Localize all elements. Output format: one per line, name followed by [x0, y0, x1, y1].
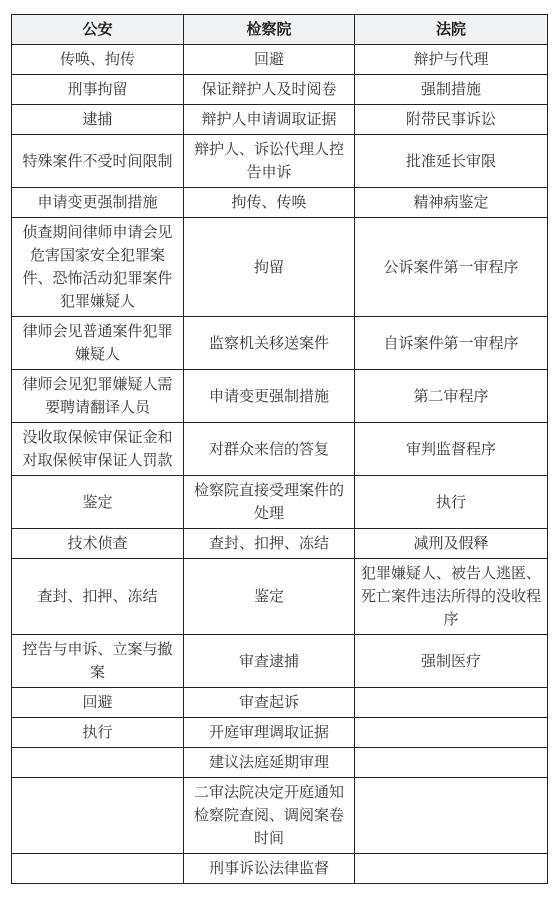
- table-cell: 强制医疗: [355, 635, 548, 688]
- table-cell: 刑事拘留: [12, 75, 184, 105]
- table-cell: 减刑及假释: [355, 529, 548, 559]
- table-row: 逮捕辩护人申请调取证据附带民事诉讼: [12, 105, 548, 135]
- table-cell: [355, 854, 548, 884]
- table-row: 没收取保候审保证金和对取保候审保证人罚款对群众来信的答复审判监督程序: [12, 423, 548, 476]
- table-cell: 查封、扣押、冻结: [12, 559, 184, 635]
- column-header-3: 法院: [355, 15, 548, 45]
- table-cell: 第二审程序: [355, 370, 548, 423]
- table-cell: [12, 778, 184, 854]
- table-cell: 鉴定: [12, 476, 184, 529]
- comparison-table: 公安检察院法院 传唤、拘传回避辩护与代理刑事拘留保证辩护人及时阅卷强制措施逮捕辩…: [11, 14, 548, 884]
- table-row: 律师会见普通案件犯罪嫌疑人监察机关移送案件自诉案件第一审程序: [12, 317, 548, 370]
- table-cell: 批准延长审限: [355, 135, 548, 188]
- table-cell: 检察院直接受理案件的处理: [184, 476, 355, 529]
- table-cell: [355, 748, 548, 778]
- table-cell: 监察机关移送案件: [184, 317, 355, 370]
- table-cell: 辩护人申请调取证据: [184, 105, 355, 135]
- table-cell: 传唤、拘传: [12, 45, 184, 75]
- table-cell: 没收取保候审保证金和对取保候审保证人罚款: [12, 423, 184, 476]
- table-row: 技术侦查查封、扣押、冻结减刑及假释: [12, 529, 548, 559]
- table-cell: 特殊案件不受时间限制: [12, 135, 184, 188]
- table-cell: 审判监督程序: [355, 423, 548, 476]
- table-cell: 开庭审理调取证据: [184, 718, 355, 748]
- table-cell: [12, 748, 184, 778]
- table-cell: [12, 854, 184, 884]
- table-row: 鉴定检察院直接受理案件的处理执行: [12, 476, 548, 529]
- table-cell: 犯罪嫌疑人、被告人逃匿、死亡案件违法所得的没收程序: [355, 559, 548, 635]
- table-cell: 执行: [355, 476, 548, 529]
- table-row: 执行开庭审理调取证据: [12, 718, 548, 748]
- table-cell: 回避: [184, 45, 355, 75]
- table-cell: 辩护人、诉讼代理人控告申诉: [184, 135, 355, 188]
- table-row: 律师会见犯罪嫌疑人需要聘请翻译人员申请变更强制措施第二审程序: [12, 370, 548, 423]
- table-cell: [355, 688, 548, 718]
- table-cell: 审查逮捕: [184, 635, 355, 688]
- column-header-2: 检察院: [184, 15, 355, 45]
- table-cell: 辩护与代理: [355, 45, 548, 75]
- table-cell: 执行: [12, 718, 184, 748]
- table-cell: 申请变更强制措施: [184, 370, 355, 423]
- table-cell: 控告与申诉、立案与撤案: [12, 635, 184, 688]
- table-row: 查封、扣押、冻结鉴定犯罪嫌疑人、被告人逃匿、死亡案件违法所得的没收程序: [12, 559, 548, 635]
- table-cell: 建议法庭延期审理: [184, 748, 355, 778]
- table-cell: 回避: [12, 688, 184, 718]
- table-row: 侦查期间律师申请会见危害国家安全犯罪案件、恐怖活动犯罪案件犯罪嫌疑人拘留公诉案件…: [12, 218, 548, 317]
- column-header-1: 公安: [12, 15, 184, 45]
- table-row: 回避审查起诉: [12, 688, 548, 718]
- table-row: 特殊案件不受时间限制辩护人、诉讼代理人控告申诉批准延长审限: [12, 135, 548, 188]
- table-cell: 精神病鉴定: [355, 188, 548, 218]
- table-cell: 查封、扣押、冻结: [184, 529, 355, 559]
- table-cell: 技术侦查: [12, 529, 184, 559]
- table-cell: 侦查期间律师申请会见危害国家安全犯罪案件、恐怖活动犯罪案件犯罪嫌疑人: [12, 218, 184, 317]
- table-cell: 附带民事诉讼: [355, 105, 548, 135]
- table-cell: 公诉案件第一审程序: [355, 218, 548, 317]
- table-row: 刑事诉讼法律监督: [12, 854, 548, 884]
- table-cell: 保证辩护人及时阅卷: [184, 75, 355, 105]
- table-cell: 拘留: [184, 218, 355, 317]
- table-row: 传唤、拘传回避辩护与代理: [12, 45, 548, 75]
- table-cell: 鉴定: [184, 559, 355, 635]
- table-cell: [355, 718, 548, 748]
- table-row: 申请变更强制措施拘传、传唤精神病鉴定: [12, 188, 548, 218]
- table-cell: 审查起诉: [184, 688, 355, 718]
- table-cell: 逮捕: [12, 105, 184, 135]
- header-row: 公安检察院法院: [12, 15, 548, 45]
- table-cell: 对群众来信的答复: [184, 423, 355, 476]
- table-cell: 申请变更强制措施: [12, 188, 184, 218]
- table-row: 建议法庭延期审理: [12, 748, 548, 778]
- table-cell: 刑事诉讼法律监督: [184, 854, 355, 884]
- table-cell: 自诉案件第一审程序: [355, 317, 548, 370]
- table-row: 刑事拘留保证辩护人及时阅卷强制措施: [12, 75, 548, 105]
- table-row: 二审法院决定开庭通知检察院查阅、调阅案卷时间: [12, 778, 548, 854]
- table-row: 控告与申诉、立案与撤案审查逮捕强制医疗: [12, 635, 548, 688]
- table-cell: [355, 778, 548, 854]
- table-cell: 二审法院决定开庭通知检察院查阅、调阅案卷时间: [184, 778, 355, 854]
- table-cell: 拘传、传唤: [184, 188, 355, 218]
- table-cell: 强制措施: [355, 75, 548, 105]
- table-cell: 律师会见普通案件犯罪嫌疑人: [12, 317, 184, 370]
- table-cell: 律师会见犯罪嫌疑人需要聘请翻译人员: [12, 370, 184, 423]
